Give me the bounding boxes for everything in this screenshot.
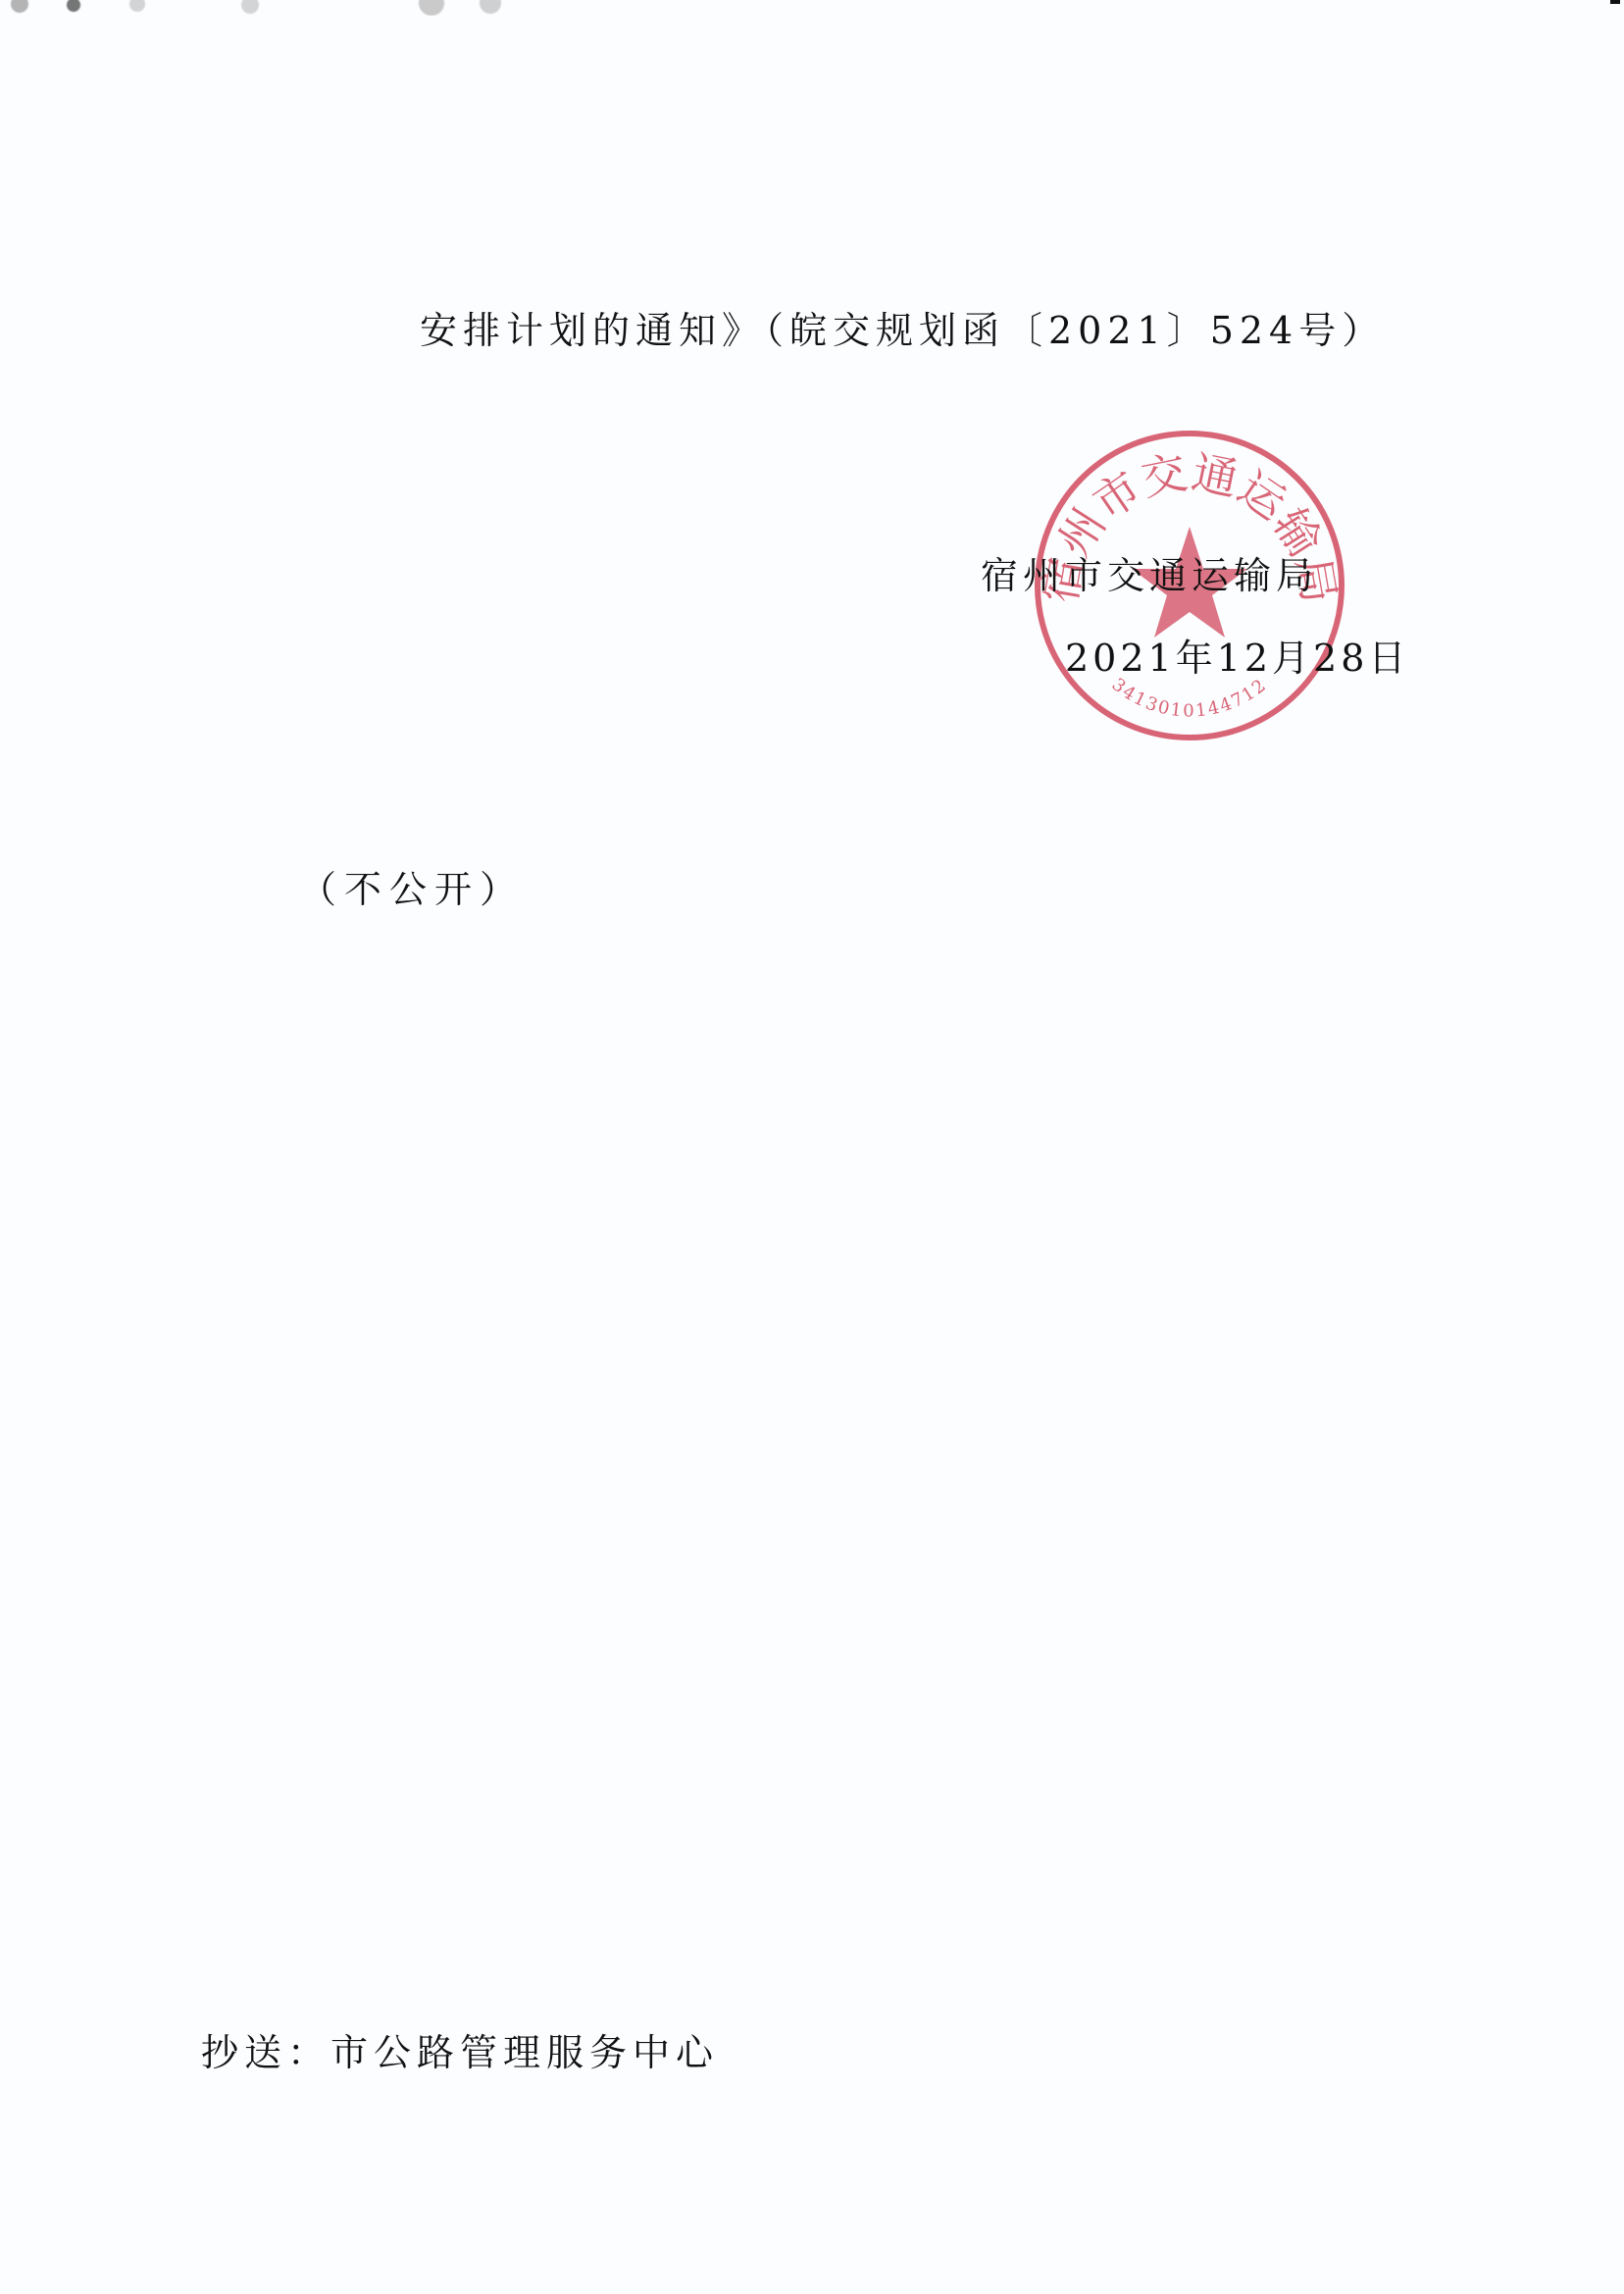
cc-label: 抄送： xyxy=(201,2031,330,2074)
notice-title-continuation: 安排计划的通知》（皖交规划函〔2021〕524号） xyxy=(420,300,1385,354)
issue-date: 2021年12月28日 xyxy=(1065,628,1409,682)
scan-corner-mark xyxy=(1610,0,1620,4)
carbon-copy-line: 抄送：市公路管理服务中心 xyxy=(201,2022,719,2076)
disclosure-status: （不公开） xyxy=(299,859,525,913)
cc-recipient: 市公路管理服务中心 xyxy=(330,2031,719,2074)
scan-artifact xyxy=(0,0,588,16)
issuing-organization: 宿州市交通运输局 xyxy=(981,545,1318,599)
document-page: 安排计划的通知》（皖交规划函〔2021〕524号） 宿州市交通运输局 34130… xyxy=(0,0,1624,2294)
